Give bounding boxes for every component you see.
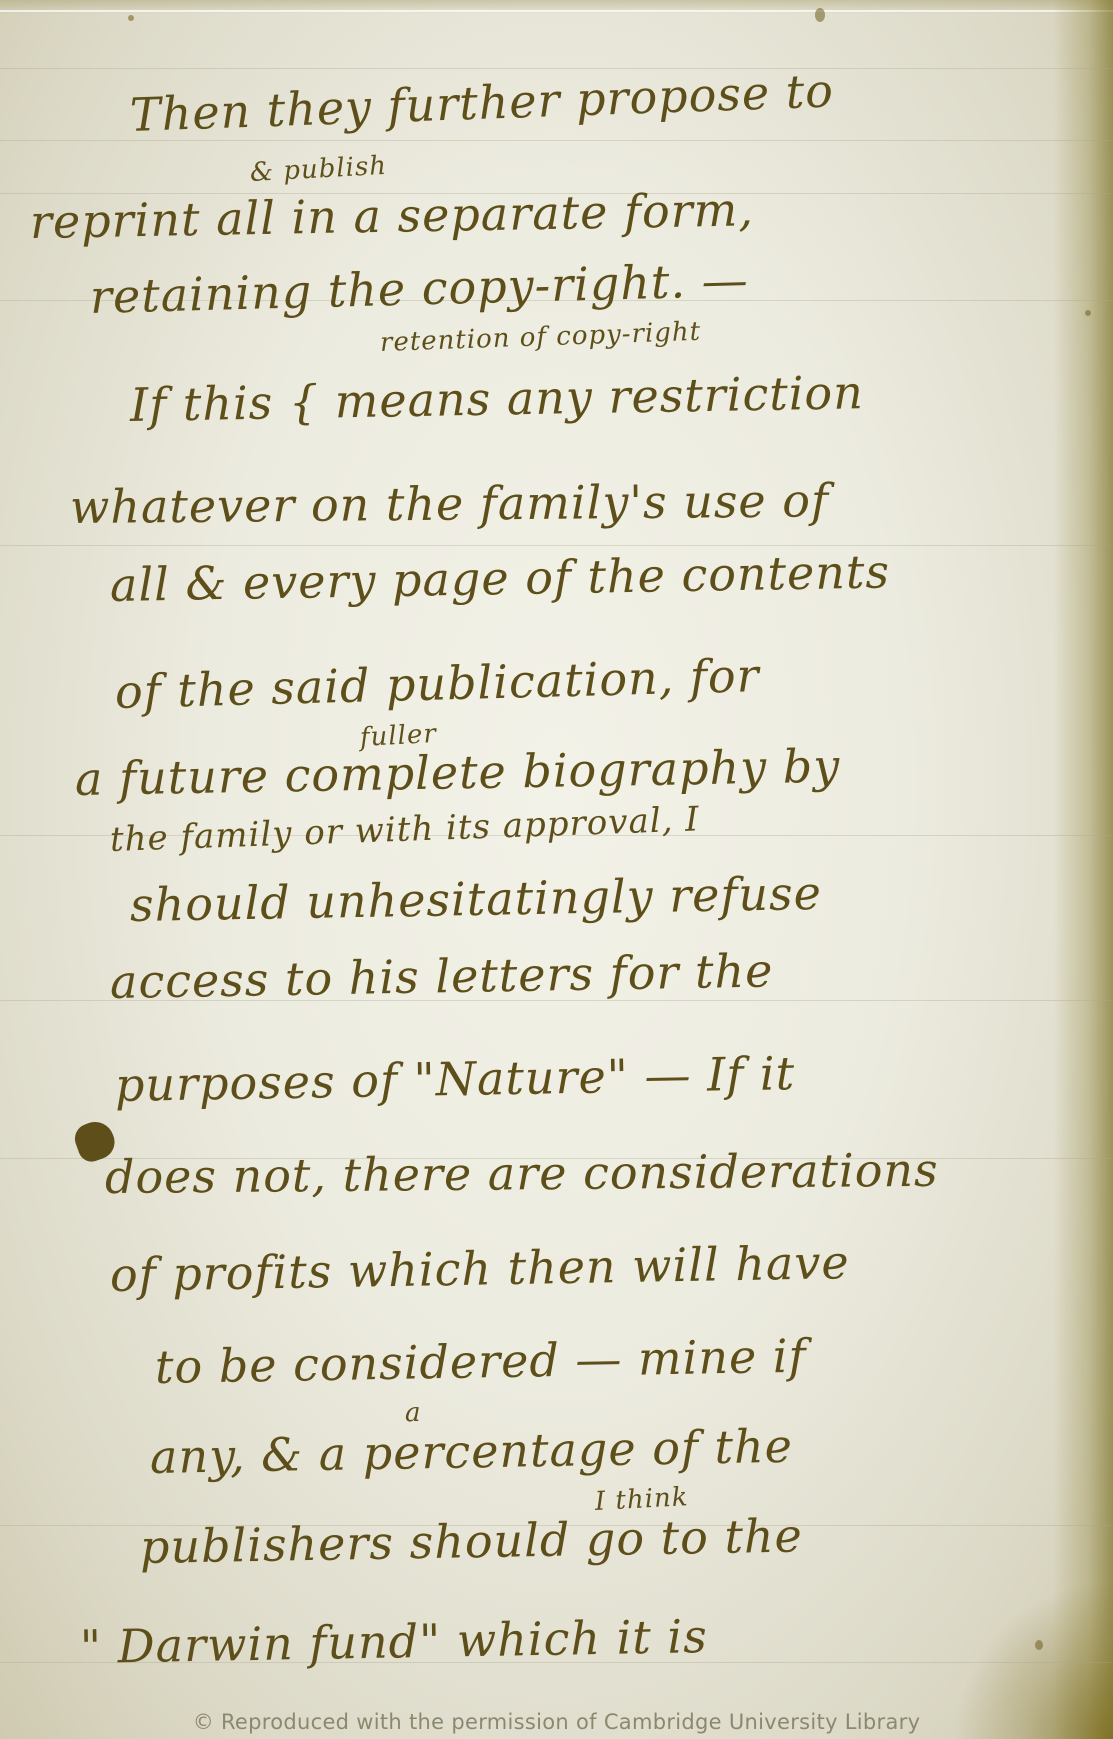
ink-speck bbox=[815, 8, 825, 22]
handwriting-insert-1: & publish bbox=[249, 151, 388, 188]
copyright-notice: © Reproduced with the permission of Camb… bbox=[0, 1710, 1113, 1734]
handwriting-line-14: of profits which then will have bbox=[110, 1235, 850, 1302]
ruled-line bbox=[0, 68, 1113, 69]
manuscript-page: Then they further propose to & publish r… bbox=[0, 0, 1113, 1739]
handwriting-line-18: " Darwin fund" which it is bbox=[80, 1609, 709, 1674]
handwriting-insert-4: a bbox=[405, 1398, 422, 1428]
handwriting-line-16: any, & a percentage of the bbox=[150, 1419, 794, 1484]
handwriting-insert-2: retention of copy-right bbox=[379, 317, 701, 358]
paper-right-edge-stain bbox=[1053, 0, 1113, 1739]
handwriting-line-10: should unhesitatingly refuse bbox=[130, 866, 823, 932]
handwriting-line-8: a future complete biography by bbox=[75, 739, 841, 806]
ruled-line bbox=[0, 545, 1113, 546]
ink-speck bbox=[1085, 310, 1091, 316]
handwriting-line-12: purposes of "Nature" — If it bbox=[115, 1046, 796, 1112]
handwriting-line-4: If this { means any restriction bbox=[130, 365, 865, 432]
handwriting-line-17: publishers should go to the bbox=[140, 1508, 804, 1574]
ink-speck bbox=[1035, 1640, 1043, 1650]
handwriting-line-9: the family or with its approval, I bbox=[109, 799, 700, 860]
handwriting-line-5: whatever on the family's use of bbox=[70, 473, 829, 534]
handwriting-line-3: retaining the copy-right. — bbox=[89, 253, 749, 324]
handwriting-line-11: access to his letters for the bbox=[110, 943, 774, 1009]
handwriting-line-15: to be considered — mine if bbox=[155, 1329, 807, 1394]
handwriting-line-7: of the said publication, for bbox=[114, 648, 760, 719]
handwriting-line-13: does not, there are considerations bbox=[105, 1143, 939, 1204]
paper-fold-line bbox=[0, 10, 1113, 12]
handwriting-line-6: all & every page of the contents bbox=[110, 544, 891, 612]
handwriting-line-2: reprint all in a separate form, bbox=[30, 182, 755, 249]
handwriting-line-1: Then they further propose to bbox=[129, 63, 835, 142]
ink-speck bbox=[128, 15, 134, 21]
